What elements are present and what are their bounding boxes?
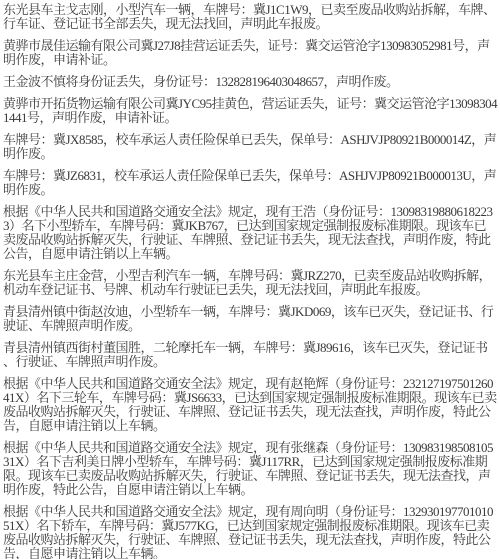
notice-paragraph: 黄骅市晟佳运输有限公司冀J27J8挂营运证丢失，证号：冀交运管沧字1309830… — [3, 39, 498, 67]
notice-paragraph: 根据《中华人民共和国道路交通安全法》规定，现有周向明（身份证号：13293019… — [3, 505, 498, 559]
notice-paragraph: 根据《中华人民共和国道路交通安全法》规定，现有张继森（身份证号：13098319… — [3, 441, 498, 497]
notice-paragraph: 青县清州镇中街赵汝迪，小型轿车一辆，车牌号：冀JKD069，该车已灭失，登记证书… — [3, 305, 498, 333]
notice-paragraph: 车牌号：冀JX8585，校车承运人责任险保单已丢失，保单号：ASHJVJP809… — [3, 133, 498, 161]
notice-paragraph: 根据《中华人民共和国道路交通安全法》规定，现有赵艳辉（身份证号：23212719… — [3, 377, 498, 433]
notice-paragraph: 车牌号：冀JZ6831，校车承运人责任险保单已丢失，保单号：ASHJVJP809… — [3, 169, 498, 197]
notice-paragraph: 王金波不慎将身份证丢失，身份证号：132828196403048657，声明作废… — [3, 75, 498, 89]
notice-paragraph: 黄骅市开拓货物运输有限公司冀JYC95挂黄色，营运证丢失，证号：冀交运管沧字13… — [3, 97, 498, 125]
notice-paragraph: 青县清州镇西街村董国胜，二轮摩托车一辆，车牌号：冀J89616，该车已灭失，登记… — [3, 341, 498, 369]
notice-list: 东光县车主戈志刚，小型汽车一辆，车牌号：冀J1C1W9，已卖至废品收购站拆解，车… — [3, 3, 498, 559]
announcement-document: 东光县车主戈志刚，小型汽车一辆，车牌号：冀J1C1W9，已卖至废品收购站拆解，车… — [0, 0, 500, 559]
notice-paragraph: 根据《中华人民共和国道路交通安全法》规定，现有王浩（身份证号：130983198… — [3, 205, 498, 261]
notice-paragraph: 东光县车主戈志刚，小型汽车一辆，车牌号：冀J1C1W9，已卖至废品收购站拆解，车… — [3, 3, 498, 31]
notice-paragraph: 东光县车主庄金营，小型吉利汽车一辆，车牌号码：冀JRZ270，已卖至废品站收购拆… — [3, 269, 498, 297]
